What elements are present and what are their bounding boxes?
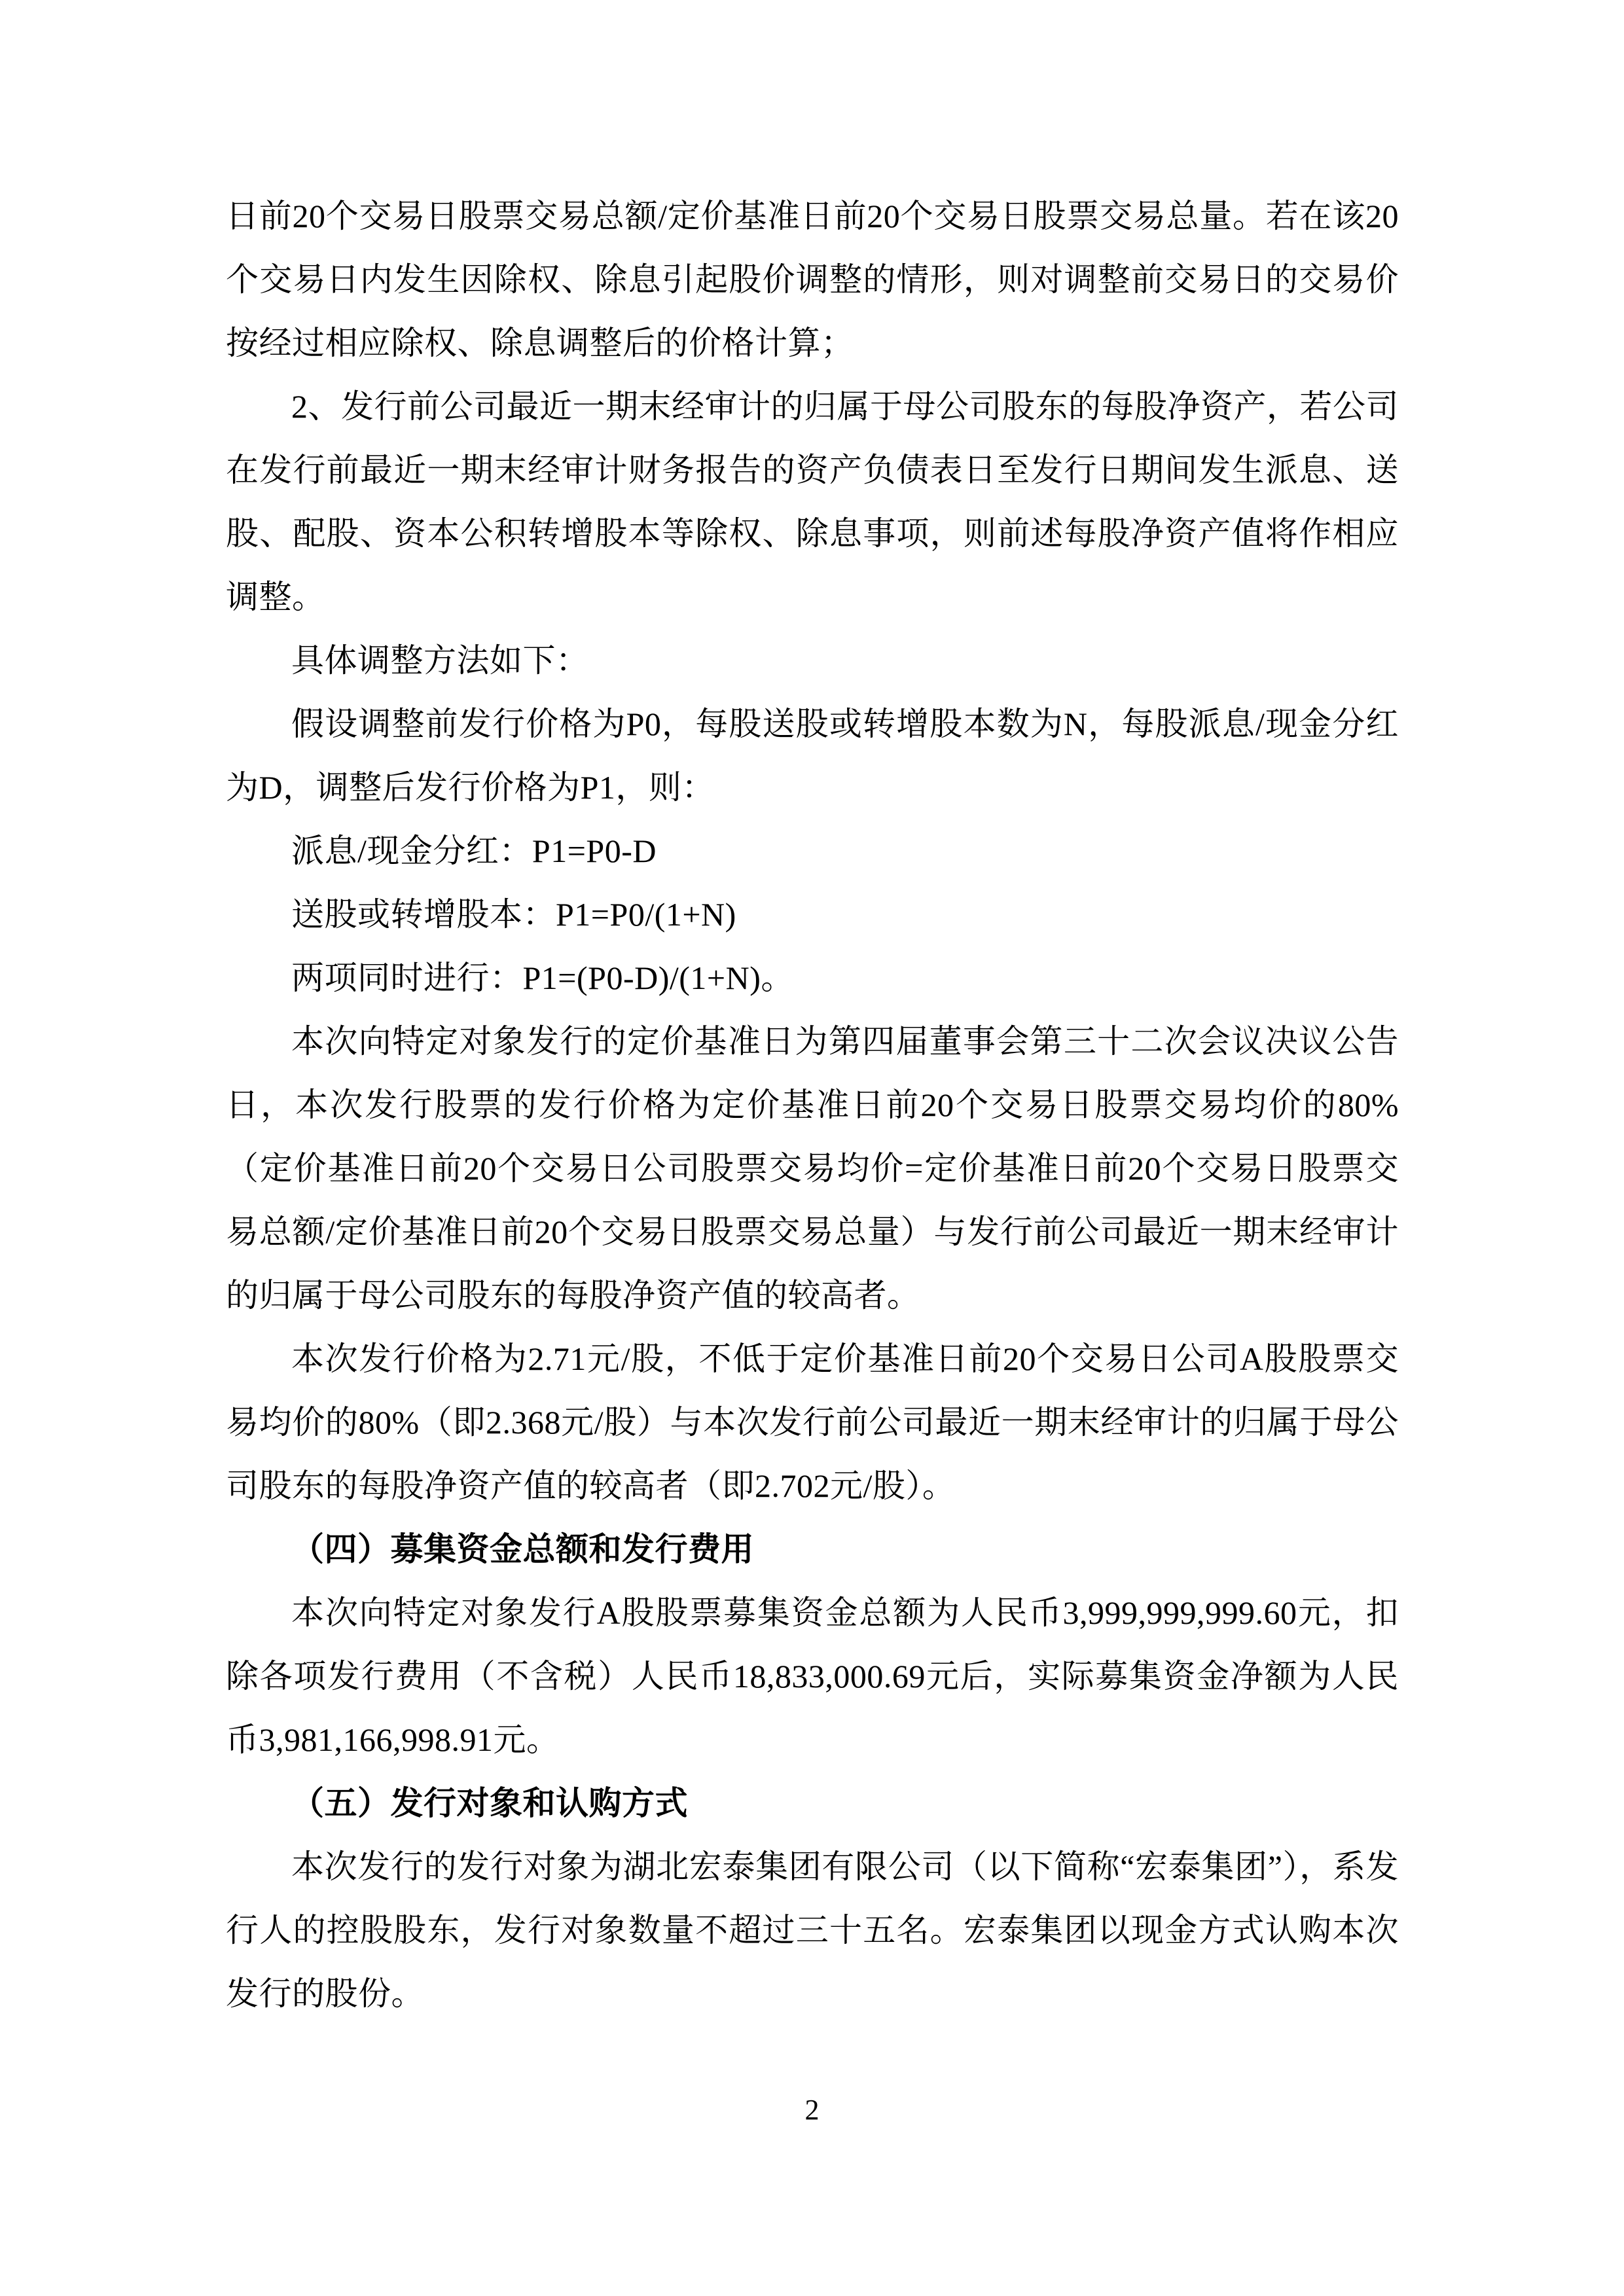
paragraph-issue-price: 本次发行价格为2.71元/股，不低于定价基准日前20个交易日公司A股股票交易均价… — [226, 1327, 1399, 1518]
paragraph-pricing-base-date: 本次向特定对象发行的定价基准日为第四届董事会第三十二次会议决议公告日，本次发行股… — [226, 1010, 1399, 1327]
paragraph-price-calc-continuation: 日前20个交易日股票交易总额/定价基准日前20个交易日股票交易总量。若在该20个… — [226, 185, 1399, 375]
page-number: 2 — [0, 2092, 1624, 2128]
heading-section-5-issue-target: （五）发行对象和认购方式 — [226, 1772, 1399, 1835]
paragraph-formula-assumption: 假设调整前发行价格为P0，每股送股或转增股本数为N，每股派息/现金分红为D，调整… — [226, 692, 1399, 819]
paragraph-adjustment-method-intro: 具体调整方法如下： — [226, 629, 1399, 692]
page-content: 日前20个交易日股票交易总额/定价基准日前20个交易日股票交易总量。若在该20个… — [226, 185, 1399, 2026]
paragraph-net-asset-adjustment: 2、发行前公司最近一期末经审计的归属于母公司股东的每股净资产，若公司在发行前最近… — [226, 375, 1399, 629]
formula-dividend-cash: 派息/现金分红：P1=P0-D — [226, 819, 1399, 883]
document-page: 日前20个交易日股票交易总额/定价基准日前20个交易日股票交易总量。若在该20个… — [0, 0, 1624, 2296]
formula-bonus-shares: 送股或转增股本：P1=P0/(1+N) — [226, 883, 1399, 946]
heading-section-4-funds-raised: （四）募集资金总额和发行费用 — [226, 1518, 1399, 1581]
paragraph-issue-target-subscription: 本次发行的发行对象为湖北宏泰集团有限公司（以下简称“宏泰集团”），系发行人的控股… — [226, 1835, 1399, 2026]
formula-both-simultaneous: 两项同时进行：P1=(P0-D)/(1+N)。 — [226, 946, 1399, 1010]
paragraph-funds-raised-total: 本次向特定对象发行A股股票募集资金总额为人民币3,999,999,999.60元… — [226, 1581, 1399, 1772]
